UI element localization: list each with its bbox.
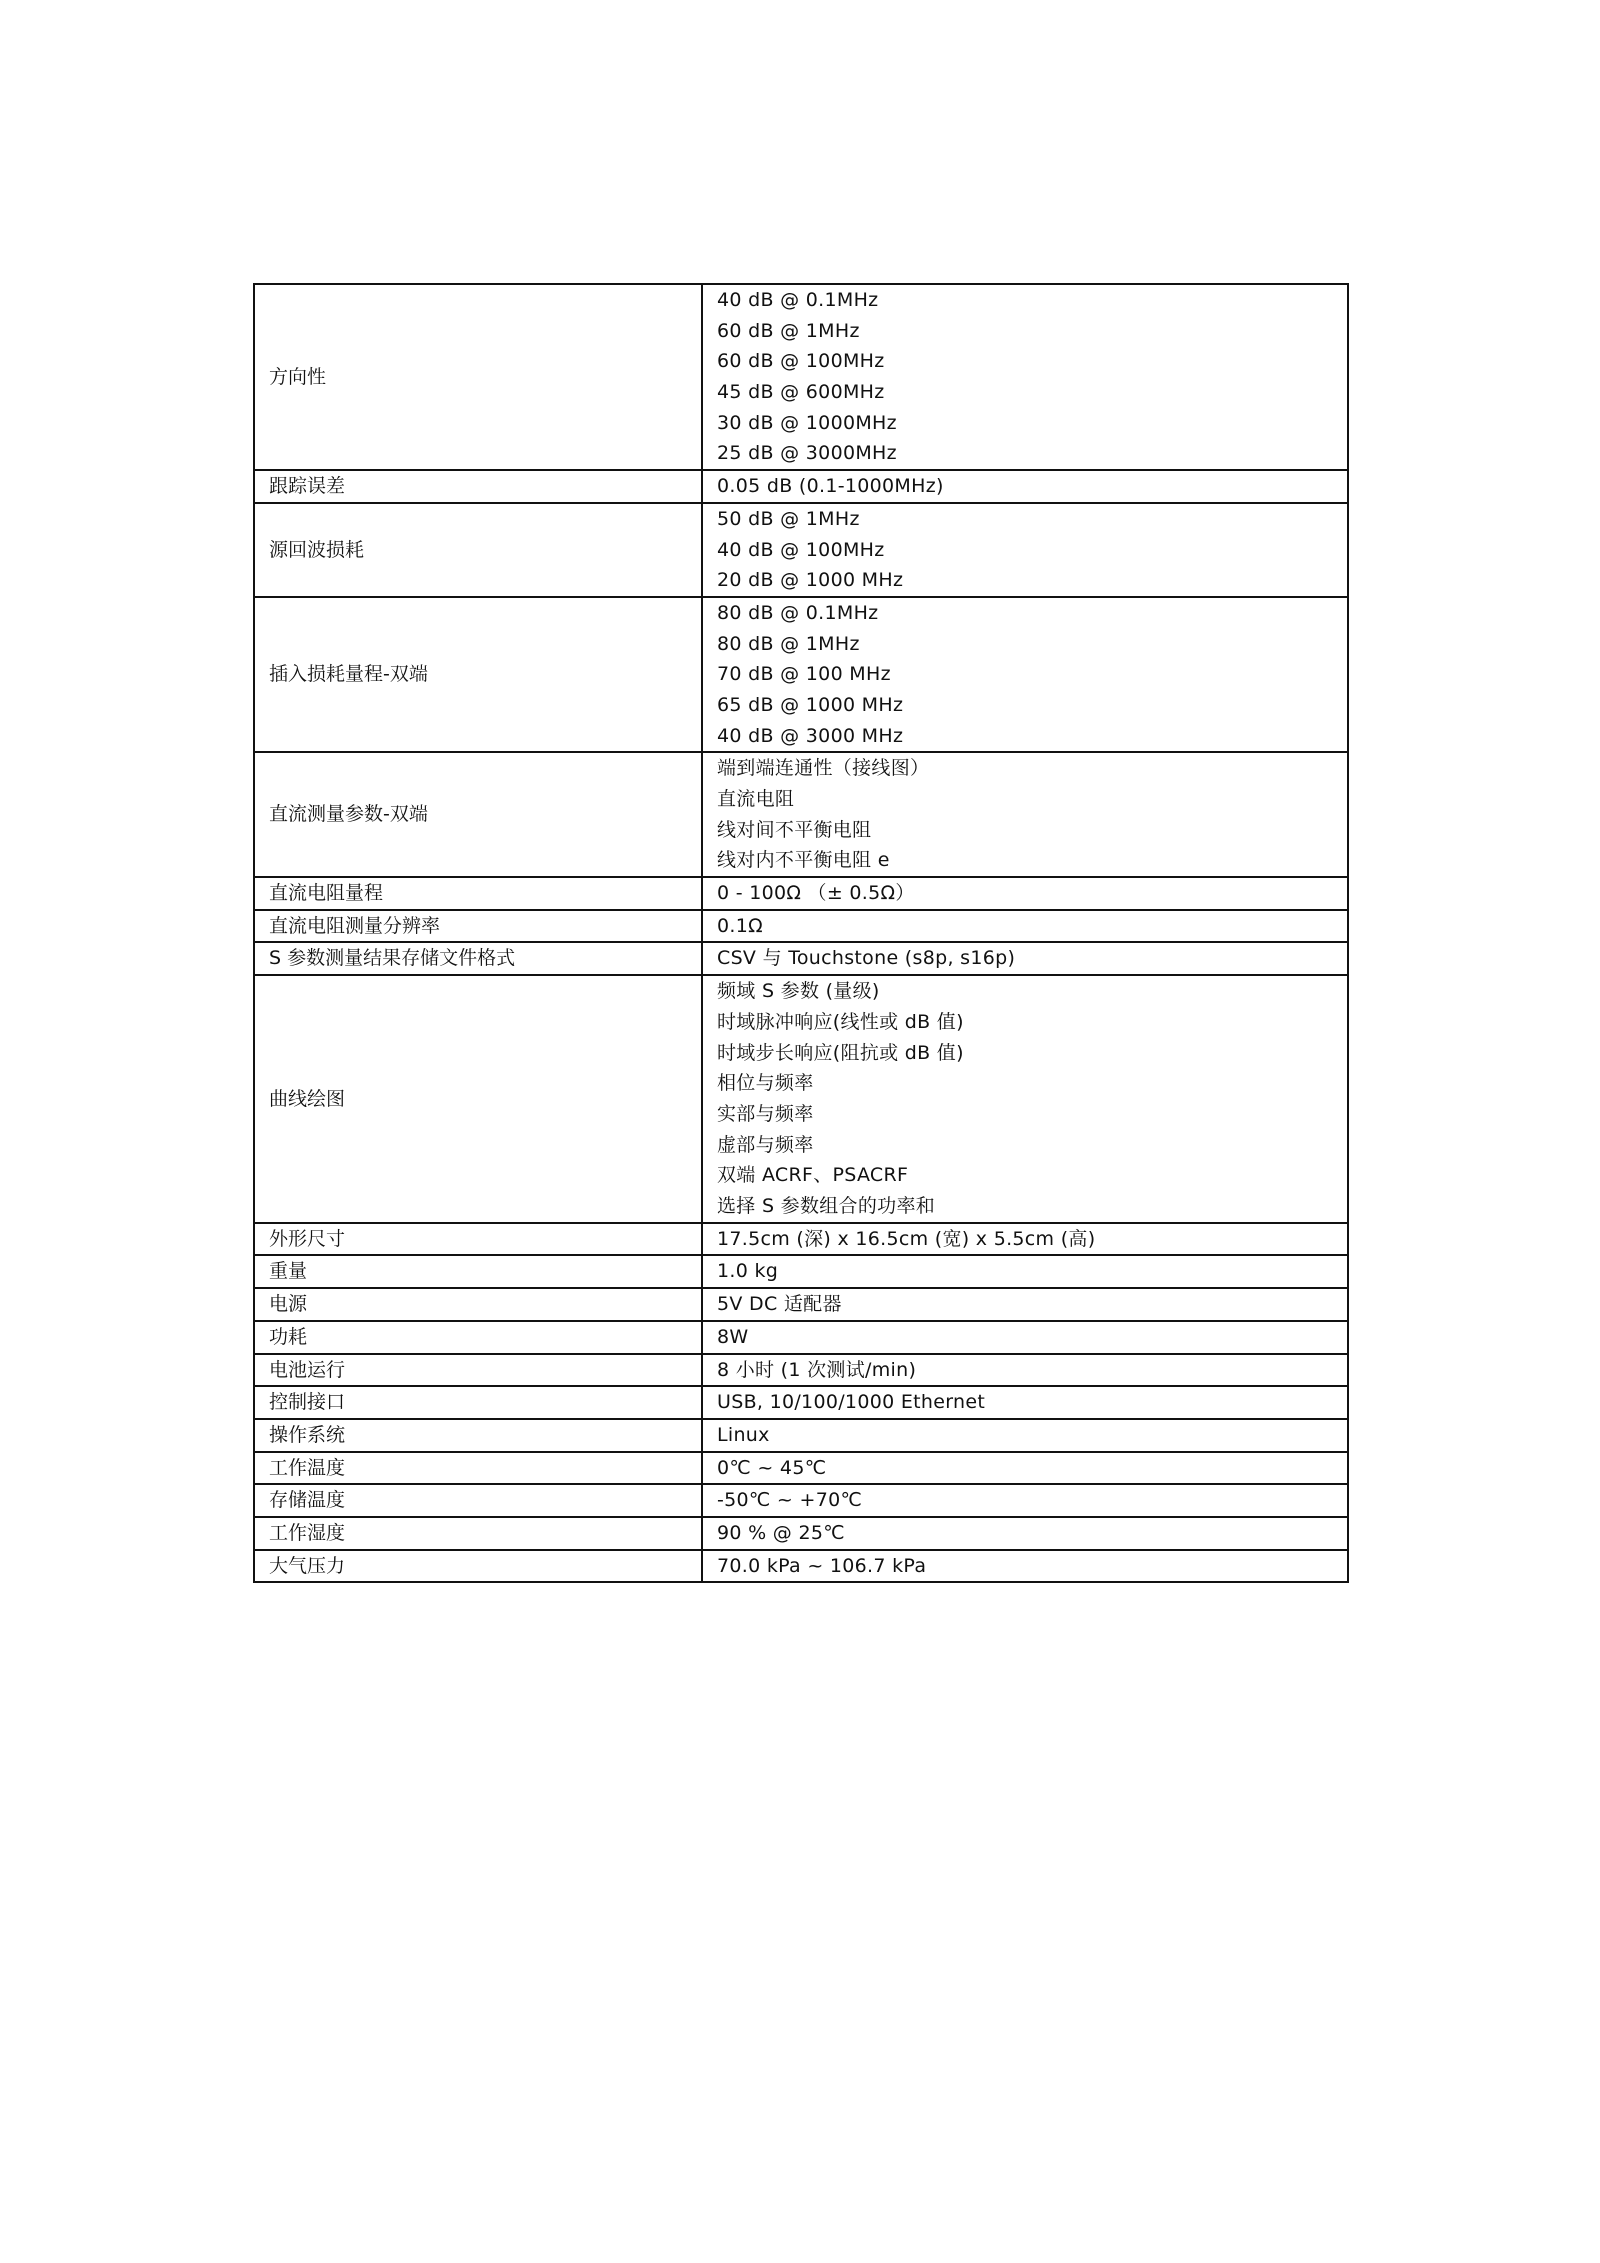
spec-value: -50℃ ~ +70℃ xyxy=(702,1484,1348,1517)
spec-table: 方向性 40 dB @ 0.1MHz 60 dB @ 1MHz 60 dB @ … xyxy=(253,283,1349,1583)
spec-value-line: 40 dB @ 0.1MHz xyxy=(717,285,1347,316)
spec-value-line: 8 小时 (1 次测试/min) xyxy=(717,1355,1347,1386)
spec-row-file-format: S 参数测量结果存储文件格式 CSV 与 Touchstone (s8p, s1… xyxy=(254,942,1348,975)
spec-label: 大气压力 xyxy=(254,1550,702,1583)
spec-row-storage-temperature: 存储温度 -50℃ ~ +70℃ xyxy=(254,1484,1348,1517)
spec-table-body: 方向性 40 dB @ 0.1MHz 60 dB @ 1MHz 60 dB @ … xyxy=(254,284,1348,1582)
spec-label: 直流测量参数-双端 xyxy=(254,752,702,877)
spec-value: 0 - 100Ω （± 0.5Ω） xyxy=(702,877,1348,910)
spec-value: 0℃ ~ 45℃ xyxy=(702,1452,1348,1485)
spec-label: 工作温度 xyxy=(254,1452,702,1485)
spec-value: 5V DC 适配器 xyxy=(702,1288,1348,1321)
spec-value-line: 60 dB @ 1MHz xyxy=(717,316,1347,347)
spec-value-line: 45 dB @ 600MHz xyxy=(717,377,1347,408)
spec-row-power-consumption: 功耗 8W xyxy=(254,1321,1348,1354)
spec-value-line: 0℃ ~ 45℃ xyxy=(717,1453,1347,1484)
spec-label: 跟踪误差 xyxy=(254,470,702,503)
spec-label: S 参数测量结果存储文件格式 xyxy=(254,942,702,975)
spec-value: 8 小时 (1 次测试/min) xyxy=(702,1354,1348,1387)
spec-row-plotting: 曲线绘图 频域 S 参数 (量级) 时域脉冲响应(线性或 dB 值) 时域步长响… xyxy=(254,975,1348,1223)
spec-row-atmospheric-pressure: 大气压力 70.0 kPa ~ 106.7 kPa xyxy=(254,1550,1348,1583)
spec-value-line: 90 % @ 25℃ xyxy=(717,1518,1347,1549)
spec-value-line: 频域 S 参数 (量级) xyxy=(717,976,1347,1007)
spec-value: 0.05 dB (0.1-1000MHz) xyxy=(702,470,1348,503)
spec-value-line: 线对内不平衡电阻 e xyxy=(717,845,1347,876)
spec-label: 外形尺寸 xyxy=(254,1223,702,1256)
spec-row-directivity: 方向性 40 dB @ 0.1MHz 60 dB @ 1MHz 60 dB @ … xyxy=(254,284,1348,470)
spec-row-dc-resistance-range: 直流电阻量程 0 - 100Ω （± 0.5Ω） xyxy=(254,877,1348,910)
spec-value: 0.1Ω xyxy=(702,910,1348,943)
spec-value-line: 80 dB @ 1MHz xyxy=(717,629,1347,660)
spec-value-line: 40 dB @ 3000 MHz xyxy=(717,721,1347,752)
spec-row-dc-measurement-params: 直流测量参数-双端 端到端连通性（接线图） 直流电阻 线对间不平衡电阻 线对内不… xyxy=(254,752,1348,877)
spec-value-line: 80 dB @ 0.1MHz xyxy=(717,598,1347,629)
spec-value: 1.0 kg xyxy=(702,1255,1348,1288)
spec-value-line: 30 dB @ 1000MHz xyxy=(717,408,1347,439)
spec-value: USB, 10/100/1000 Ethernet xyxy=(702,1386,1348,1419)
spec-value-line: 50 dB @ 1MHz xyxy=(717,504,1347,535)
spec-value-line: 0.05 dB (0.1-1000MHz) xyxy=(717,471,1347,502)
spec-row-insertion-loss-range: 插入损耗量程-双端 80 dB @ 0.1MHz 80 dB @ 1MHz 70… xyxy=(254,597,1348,752)
spec-row-dimensions: 外形尺寸 17.5cm (深) x 16.5cm (宽) x 5.5cm (高) xyxy=(254,1223,1348,1256)
spec-value-line: 相位与频率 xyxy=(717,1068,1347,1099)
spec-label: 源回波损耗 xyxy=(254,503,702,597)
spec-value: Linux xyxy=(702,1419,1348,1452)
spec-value-line: 40 dB @ 100MHz xyxy=(717,535,1347,566)
spec-value-line: 虚部与频率 xyxy=(717,1130,1347,1161)
spec-value-line: 25 dB @ 3000MHz xyxy=(717,438,1347,469)
spec-row-operating-humidity: 工作湿度 90 % @ 25℃ xyxy=(254,1517,1348,1550)
spec-value-line: 60 dB @ 100MHz xyxy=(717,346,1347,377)
spec-value-line: USB, 10/100/1000 Ethernet xyxy=(717,1387,1347,1418)
spec-row-weight: 重量 1.0 kg xyxy=(254,1255,1348,1288)
spec-value-line: 20 dB @ 1000 MHz xyxy=(717,565,1347,596)
spec-row-tracking-error: 跟踪误差 0.05 dB (0.1-1000MHz) xyxy=(254,470,1348,503)
spec-value-line: -50℃ ~ +70℃ xyxy=(717,1485,1347,1516)
spec-value: 17.5cm (深) x 16.5cm (宽) x 5.5cm (高) xyxy=(702,1223,1348,1256)
spec-row-dc-resistance-resolution: 直流电阻测量分辨率 0.1Ω xyxy=(254,910,1348,943)
spec-value-line: 70.0 kPa ~ 106.7 kPa xyxy=(717,1551,1347,1582)
spec-row-operating-system: 操作系统 Linux xyxy=(254,1419,1348,1452)
spec-label: 电源 xyxy=(254,1288,702,1321)
spec-row-operating-temperature: 工作温度 0℃ ~ 45℃ xyxy=(254,1452,1348,1485)
spec-value-line: 65 dB @ 1000 MHz xyxy=(717,690,1347,721)
spec-value-line: CSV 与 Touchstone (s8p, s16p) xyxy=(717,943,1347,974)
spec-value-line: 5V DC 适配器 xyxy=(717,1289,1347,1320)
spec-value-line: 0.1Ω xyxy=(717,911,1347,942)
spec-value-line: Linux xyxy=(717,1420,1347,1451)
spec-label: 插入损耗量程-双端 xyxy=(254,597,702,752)
spec-value-line: 8W xyxy=(717,1322,1347,1353)
spec-label: 直流电阻测量分辨率 xyxy=(254,910,702,943)
spec-value-line: 17.5cm (深) x 16.5cm (宽) x 5.5cm (高) xyxy=(717,1224,1347,1255)
spec-label: 存储温度 xyxy=(254,1484,702,1517)
spec-value: 频域 S 参数 (量级) 时域脉冲响应(线性或 dB 值) 时域步长响应(阻抗或… xyxy=(702,975,1348,1223)
spec-value: 40 dB @ 0.1MHz 60 dB @ 1MHz 60 dB @ 100M… xyxy=(702,284,1348,470)
spec-value: CSV 与 Touchstone (s8p, s16p) xyxy=(702,942,1348,975)
spec-label: 操作系统 xyxy=(254,1419,702,1452)
spec-row-source-return-loss: 源回波损耗 50 dB @ 1MHz 40 dB @ 100MHz 20 dB … xyxy=(254,503,1348,597)
spec-value: 端到端连通性（接线图） 直流电阻 线对间不平衡电阻 线对内不平衡电阻 e xyxy=(702,752,1348,877)
spec-value-line: 0 - 100Ω （± 0.5Ω） xyxy=(717,878,1347,909)
spec-label: 重量 xyxy=(254,1255,702,1288)
spec-row-power-supply: 电源 5V DC 适配器 xyxy=(254,1288,1348,1321)
spec-value-line: 双端 ACRF、PSACRF xyxy=(717,1160,1347,1191)
spec-value: 80 dB @ 0.1MHz 80 dB @ 1MHz 70 dB @ 100 … xyxy=(702,597,1348,752)
spec-value-line: 时域步长响应(阻抗或 dB 值) xyxy=(717,1038,1347,1069)
spec-value: 90 % @ 25℃ xyxy=(702,1517,1348,1550)
spec-label: 功耗 xyxy=(254,1321,702,1354)
spec-value-line: 选择 S 参数组合的功率和 xyxy=(717,1191,1347,1222)
spec-label: 直流电阻量程 xyxy=(254,877,702,910)
spec-value-line: 70 dB @ 100 MHz xyxy=(717,659,1347,690)
spec-value-line: 时域脉冲响应(线性或 dB 值) xyxy=(717,1007,1347,1038)
spec-row-control-interface: 控制接口 USB, 10/100/1000 Ethernet xyxy=(254,1386,1348,1419)
spec-label: 曲线绘图 xyxy=(254,975,702,1223)
spec-row-battery-runtime: 电池运行 8 小时 (1 次测试/min) xyxy=(254,1354,1348,1387)
spec-value: 70.0 kPa ~ 106.7 kPa xyxy=(702,1550,1348,1583)
spec-value: 50 dB @ 1MHz 40 dB @ 100MHz 20 dB @ 1000… xyxy=(702,503,1348,597)
spec-value-line: 实部与频率 xyxy=(717,1099,1347,1130)
spec-value-line: 1.0 kg xyxy=(717,1256,1347,1287)
spec-label: 电池运行 xyxy=(254,1354,702,1387)
spec-label: 控制接口 xyxy=(254,1386,702,1419)
spec-value-line: 直流电阻 xyxy=(717,784,1347,815)
spec-value-line: 端到端连通性（接线图） xyxy=(717,753,1347,784)
spec-value: 8W xyxy=(702,1321,1348,1354)
spec-label: 工作湿度 xyxy=(254,1517,702,1550)
spec-value-line: 线对间不平衡电阻 xyxy=(717,815,1347,846)
spec-label: 方向性 xyxy=(254,284,702,470)
